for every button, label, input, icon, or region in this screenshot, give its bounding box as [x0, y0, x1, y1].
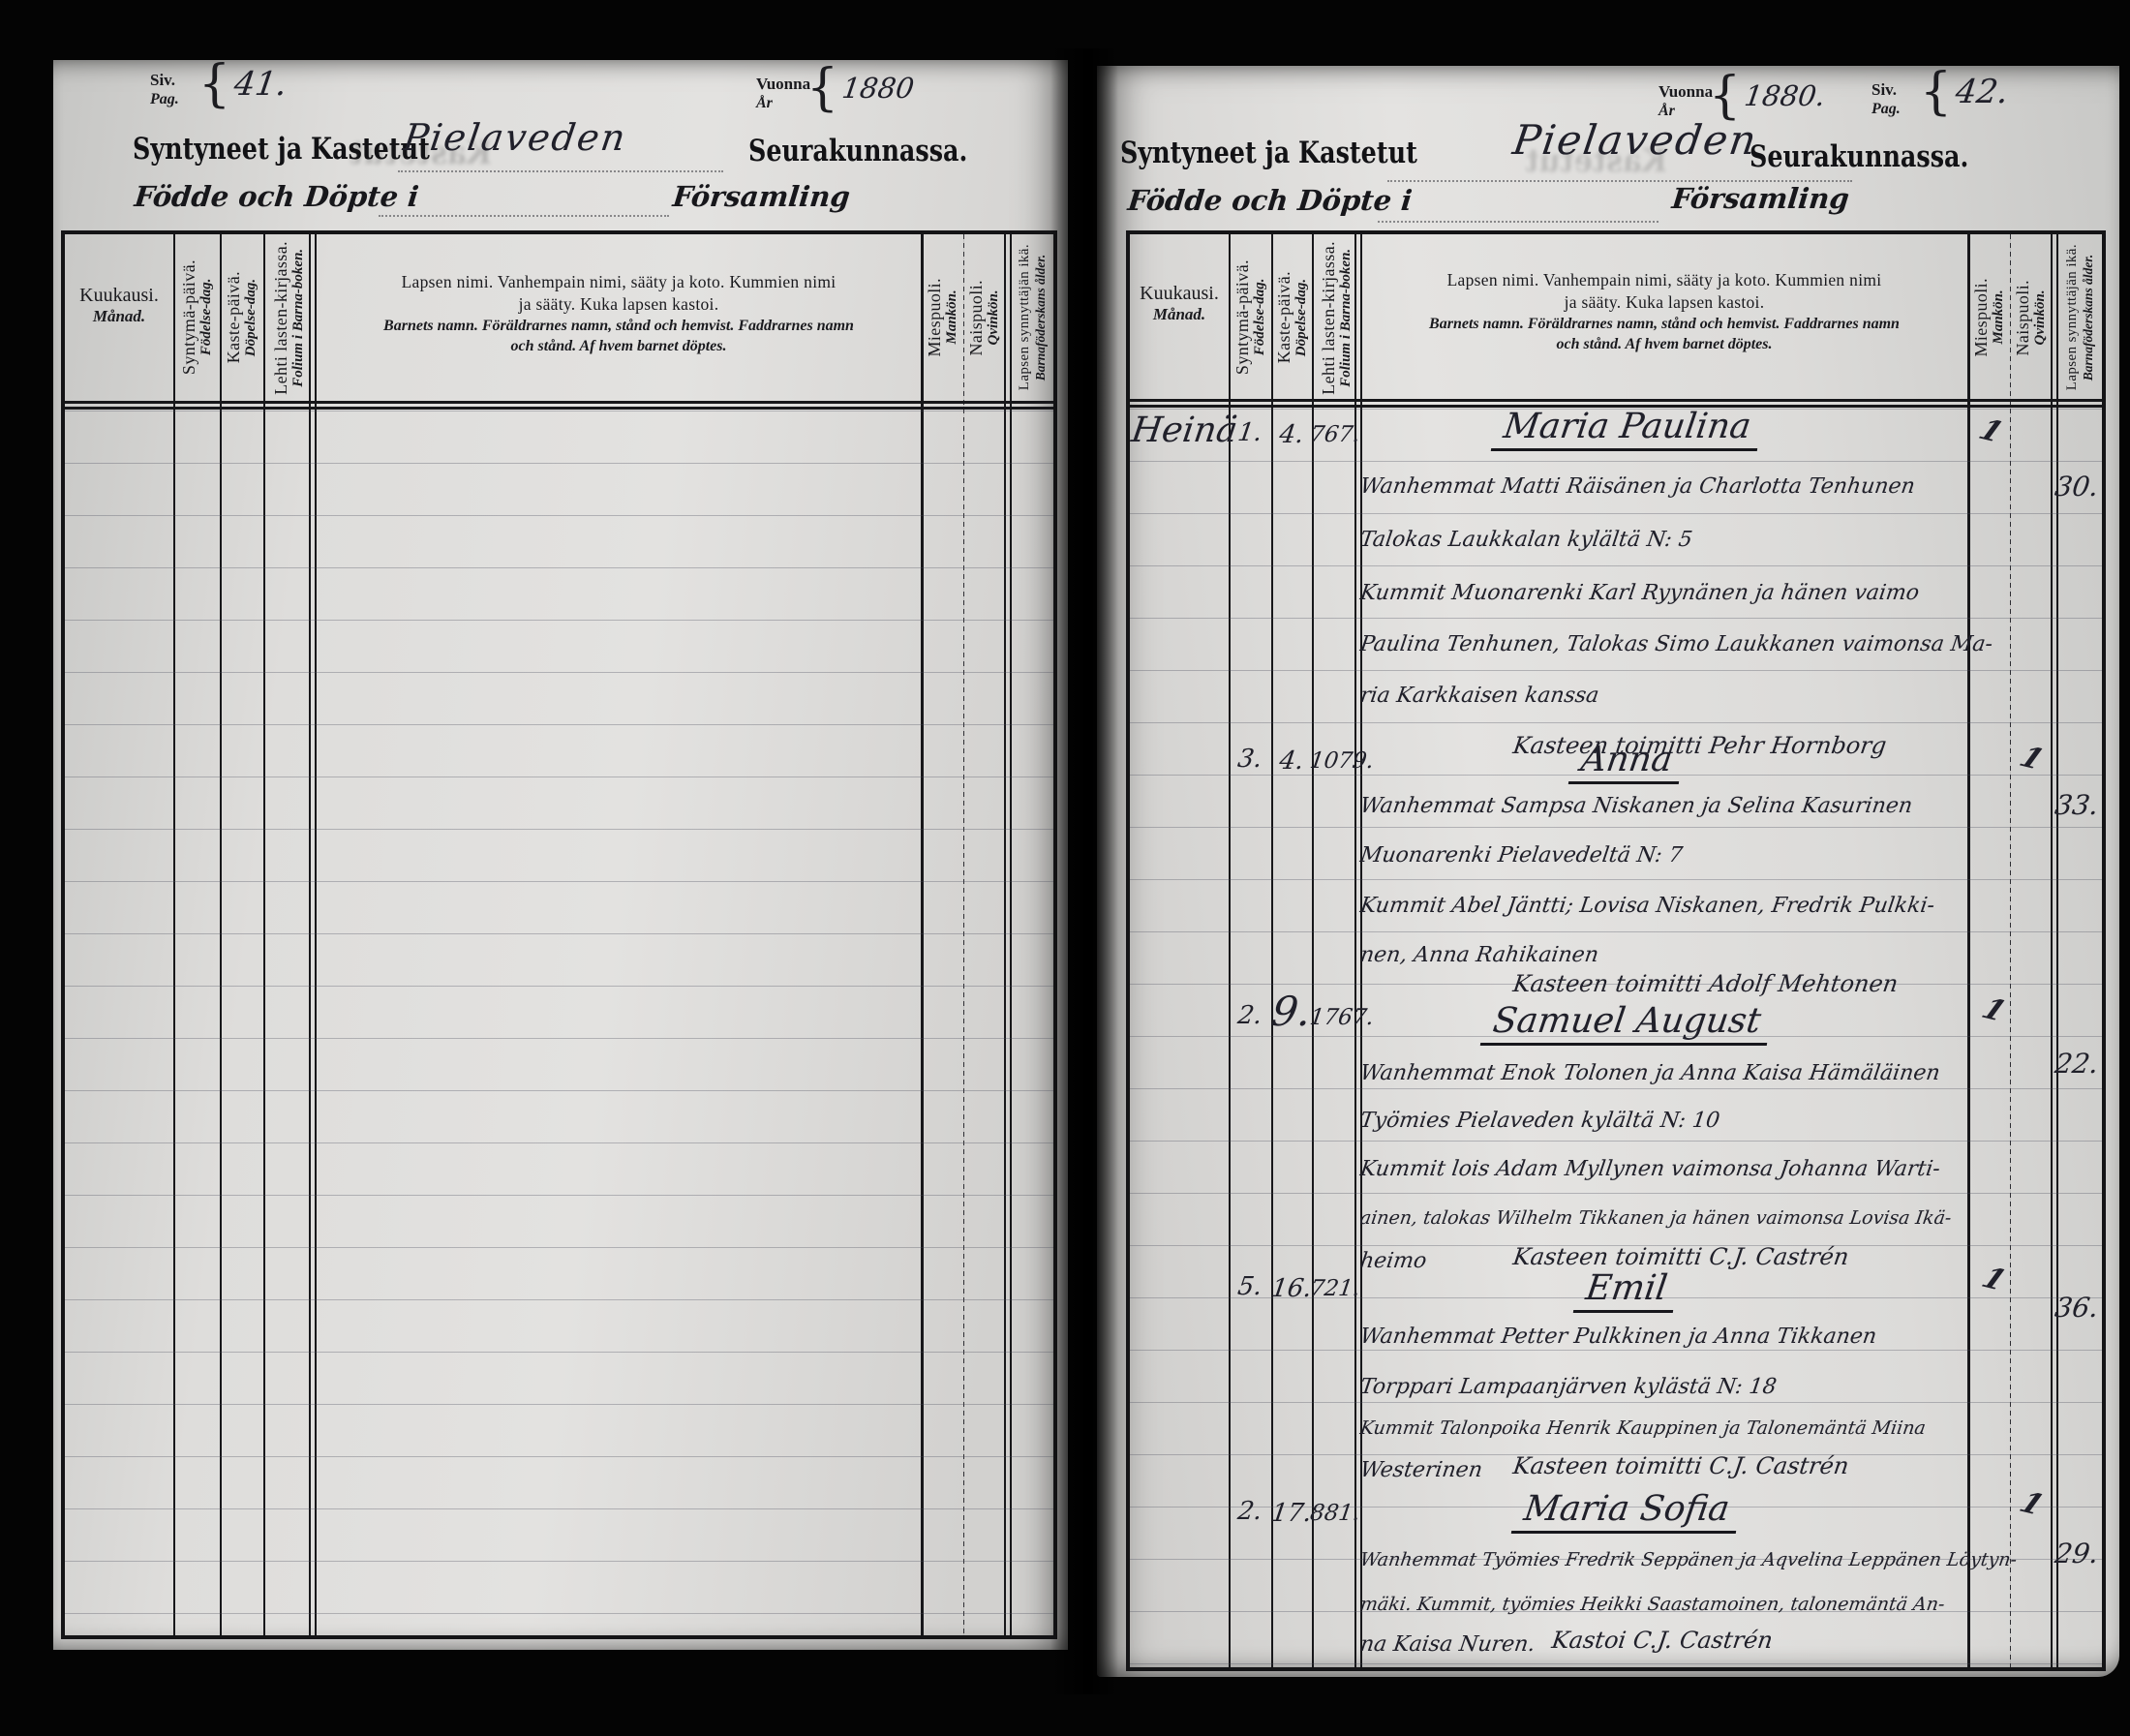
page-number-value: 42. [1953, 73, 2011, 111]
entry-record-line: Muonarenki Pielavedeltä N: 7 [1358, 843, 1684, 868]
pag-label: Pag. [150, 90, 179, 109]
column-header-month-fi: Kuukausi. [65, 285, 173, 307]
entry-child-name: Samuel August [1443, 1001, 1810, 1046]
column-header-folio-sv: Folium i Barna-boken. [1338, 241, 1354, 395]
child-name-text: Maria Sofia [1511, 1489, 1742, 1534]
column-header-month: Kuukausi. Månad. [65, 285, 173, 326]
entry-closing-left: heimo [1358, 1249, 1428, 1273]
entry-record-line: ria Karkkaisen kanssa [1358, 684, 1600, 708]
ruled-dotted-line [1378, 221, 1658, 223]
vuonna-label: Vuonna [756, 74, 810, 94]
column-header-folio-fi: Lehti lasten-kirjassa. [271, 241, 290, 395]
column-header-age-fi: Lapsen synnyttäjän ikä. [2064, 244, 2081, 390]
right-page: Kastetut Vuonna År { 1880. Siv. Pag. { 4… [1097, 66, 2119, 1677]
column-header-female: Naispuoli.Qvinkön. [963, 238, 1004, 397]
column-header-birth-day: Syntymä-päivä.Födelse-dag. [173, 238, 220, 397]
entry-closing-left: na Kaisa Nuren. [1358, 1632, 1537, 1657]
entry-officiant-line: Kastoi C.J. Castrén [1550, 1627, 1775, 1654]
entry-record-line: mäki. Kummit, työmies Heikki Saastamoine… [1358, 1594, 1946, 1615]
column-header-month-sv: Månad. [65, 307, 173, 326]
entry-record-line: Wanhemmat Enok Tolonen ja Anna Kaisa Häm… [1358, 1061, 1941, 1085]
page-title-suffix: Seurakunnassa. [1750, 139, 1968, 174]
entry-baptism-day: 4. [1269, 746, 1314, 776]
column-header-folio-fi: Lehti lasten-kirjassa. [1319, 241, 1338, 395]
entry-baptism-day: 17. [1269, 1499, 1314, 1528]
column-header-month-sv: Månad. [1130, 305, 1229, 324]
brace-glyph: { [1709, 74, 1741, 119]
book-spine-shadow [1050, 48, 1118, 1694]
subtitle-swedish: Födde och Döpte i [133, 180, 420, 213]
main-header-line3: Barnets namn. Föräldrarnes namn, stånd o… [319, 316, 919, 336]
column-header-folio: Lehti lasten-kirjassa.Folium i Barna-bok… [263, 238, 315, 397]
entry-record-line: Kummit Muonarenki Karl Ryynänen ja hänen… [1358, 581, 1921, 605]
page-title-suffix: Seurakunnassa. [748, 134, 967, 168]
entry-record-line: Kummit Talonpoika Henrik Kauppinen ja Ta… [1358, 1417, 1927, 1439]
ruled-rows [65, 411, 1053, 1635]
main-header-line4: och stånd. Af hvem barnet döptes. [319, 336, 919, 356]
main-header-line2: ja sääty. Kuka lapsen kastoi. [319, 293, 919, 316]
column-header-baptism-fi: Kaste-päivä. [1274, 271, 1293, 363]
ar-label: År [756, 94, 810, 113]
column-header-birth-fi: Syntymä-päivä. [179, 259, 198, 375]
column-header-male-fi: Miespuoli. [925, 278, 944, 357]
vuonna-label: Vuonna [1658, 81, 1713, 102]
entry-folio: 767. [1308, 422, 1362, 447]
entry-record-line: Paulina Tenhunen, Talokas Simo Laukkanen… [1358, 632, 1993, 656]
column-header-mother-age: Lapsen synnyttäjän ikä.Barnaföderskans å… [1010, 238, 1053, 397]
entry-child-name: Maria Paulina [1443, 407, 1810, 451]
main-header-line3: Barnets namn. Föräldrarnes namn, stånd o… [1364, 314, 1964, 334]
column-header-baptism-day: Kaste-päivä.Döpelse-dag. [220, 238, 263, 397]
entry-month: Heinä [1129, 411, 1240, 450]
subtitle-swedish-suffix: Församling [1670, 182, 1850, 215]
entry-child-name: Anna [1443, 740, 1810, 784]
page-number: { 41. [198, 62, 287, 107]
child-name-text: Emil [1573, 1268, 1680, 1313]
entry-officiant-line: Kasteen toimitti C.J. Castrén [1511, 1243, 1850, 1270]
column-header-male-sv: Mankön. [944, 278, 960, 357]
entry-record-line: nen, Anna Rahikainen [1358, 943, 1599, 967]
entry-mother-age: 22. [2053, 1048, 2102, 1080]
main-header-line1: Lapsen nimi. Vanhempain nimi, sääty ja k… [319, 271, 919, 293]
page-number-value: 41. [231, 65, 289, 104]
brace-glyph: { [806, 66, 838, 111]
entry-officiant-line: Kasteen toimitti C.J. Castrén [1511, 1452, 1850, 1479]
column-header-main: Lapsen nimi. Vanhempain nimi, sääty ja k… [319, 271, 919, 356]
entry-record-line: Kummit Abel Jäntti; Lovisa Niskanen, Fre… [1358, 894, 1935, 918]
entry-folio: 721. [1308, 1276, 1362, 1301]
column-header-male-sv: Mankön. [1991, 278, 2007, 357]
column-header-female-sv: Qvinkön. [2032, 280, 2049, 356]
entry-mother-age: 29. [2053, 1538, 2102, 1569]
entry-record-line: Työmies Pielaveden kylältä N: 10 [1358, 1109, 1721, 1133]
column-header-female-sv: Qvinkön. [986, 280, 1002, 356]
brace-glyph: { [198, 62, 230, 107]
entry-officiant-line: Kasteen toimitti Adolf Mehtonen [1511, 970, 1900, 997]
column-header-age-fi: Lapsen synnyttäjän ikä. [1017, 244, 1033, 390]
column-header-birth-sv: Födelse-dag. [198, 259, 215, 375]
brace-glyph: { [1920, 70, 1952, 115]
column-header-month-fi: Kuukausi. [1130, 283, 1229, 305]
entry-record-line: Wanhemmat Työmies Fredrik Seppänen ja Aq… [1358, 1549, 2018, 1570]
entry-record-line: Wanhemmat Sampsa Niskanen ja Selina Kasu… [1358, 794, 1914, 818]
entry-child-name: Emil [1443, 1268, 1810, 1313]
header-separator [1130, 399, 2102, 402]
parish-register-scan: Kastetut Siv. Pag. { 41. Vuonna År { 188… [0, 0, 2130, 1736]
entry-closing-left: Westerinen [1358, 1458, 1483, 1482]
entry-birth-day: 2. [1227, 1001, 1273, 1030]
column-header-female: Naispuoli.Qvinkön. [2010, 238, 2051, 397]
entry-record-line: Kummit lois Adam Myllynen vaimonsa Johan… [1358, 1157, 1941, 1181]
year-value-group: { 1880. [1709, 74, 1825, 119]
ruled-dotted-line [379, 215, 669, 217]
entry-baptism-day: 4. [1269, 420, 1314, 449]
entry-folio: 1767. [1308, 1005, 1362, 1030]
main-header-line1: Lapsen nimi. Vanhempain nimi, sääty ja k… [1364, 269, 1964, 291]
entry-mother-age: 30. [2053, 471, 2102, 503]
column-header-birth-sv: Födelse-dag. [1252, 259, 1268, 375]
header-separator [65, 407, 1053, 410]
year-value-group: { 1880 [806, 66, 914, 111]
column-header-birth-fi: Syntymä-päivä. [1232, 259, 1252, 375]
parish-name-handwritten: Pielaveden [1510, 116, 1761, 164]
entry-record-line: Wanhemmat Petter Pulkkinen ja Anna Tikka… [1358, 1325, 1878, 1349]
siv-label: Siv. [150, 70, 179, 90]
column-header-folio-sv: Folium i Barna-boken. [290, 241, 307, 395]
entry-child-name: Maria Sofia [1443, 1489, 1810, 1534]
year-value: 1880. [1743, 79, 1828, 112]
column-header-female-fi: Naispuoli. [2013, 280, 2032, 356]
column-header-male: Miespuoli.Mankön. [921, 238, 963, 397]
entry-record-line: Torppari Lampaanjärven kylästä N: 18 [1358, 1375, 1778, 1399]
column-header-age-sv: Barnaföderskans ålder. [1032, 244, 1047, 390]
left-page: Kastetut Siv. Pag. { 41. Vuonna År { 188… [53, 60, 1068, 1650]
column-header-mother-age: Lapsen synnyttäjän ikä.Barnaföderskans å… [2056, 238, 2102, 397]
entry-mother-age: 33. [2053, 789, 2102, 821]
column-header-main: Lapsen nimi. Vanhempain nimi, sääty ja k… [1364, 269, 1964, 354]
entry-birth-day: 5. [1227, 1272, 1273, 1301]
pag-label: Pag. [1871, 100, 1901, 119]
child-name-text: Samuel August [1480, 1001, 1774, 1046]
column-header-male: Miespuoli.Mankön. [1967, 238, 2010, 397]
column-header-baptism-day: Kaste-päivä.Döpelse-dag. [1271, 238, 1312, 397]
main-header-line2: ja sääty. Kuka lapsen kastoi. [1364, 291, 1964, 314]
entry-record-line: ainen, talokas Wilhelm Tikkanen ja hänen… [1358, 1207, 1953, 1229]
ruled-dotted-line [398, 170, 723, 172]
page-title: Syntyneet ja Kastetut [133, 132, 430, 167]
parish-name-handwritten: Pielaveden [401, 116, 629, 159]
column-header-folio: Lehti lasten-kirjassa.Folium i Barna-bok… [1312, 238, 1360, 397]
column-header-baptism-sv: Döpelse-dag. [1293, 271, 1310, 363]
header-separator [65, 401, 1053, 404]
child-name-text: Maria Paulina [1490, 407, 1762, 451]
subtitle-swedish: Födde och Döpte i [1126, 184, 1414, 217]
entry-birth-day: 1. [1227, 418, 1273, 447]
child-name-text: Anna [1568, 740, 1685, 784]
column-header-baptism-sv: Döpelse-dag. [243, 271, 259, 363]
column-header-baptism-fi: Kaste-päivä. [224, 271, 243, 363]
entry-record-line: Wanhemmat Matti Räisänen ja Charlotta Te… [1358, 474, 1916, 499]
siv-label: Siv. [1871, 79, 1901, 100]
column-header-birth-day: Syntymä-päivä.Födelse-dag. [1229, 238, 1271, 397]
entry-baptism-day: 16. [1269, 1274, 1314, 1303]
ledger-table: Kuukausi. Månad. Syntymä-päivä.Födelse-d… [61, 230, 1057, 1639]
page-number-label: Siv. Pag. [1871, 79, 1901, 119]
main-header-line4: och stånd. Af hvem barnet döptes. [1364, 334, 1964, 354]
entry-record-line: Talokas Laukkalan kylältä N: 5 [1358, 528, 1693, 552]
entry-birth-day: 3. [1227, 745, 1273, 774]
column-header-month: Kuukausi. Månad. [1130, 283, 1229, 324]
entry-folio: 881. [1308, 1501, 1362, 1526]
page-title: Syntyneet ja Kastetut [1120, 136, 1417, 170]
subtitle-swedish-suffix: Församling [671, 180, 851, 213]
column-header-male-fi: Miespuoli. [1971, 278, 1991, 357]
page-number-label: Siv. Pag. [150, 70, 179, 109]
column-header-female-fi: Naispuoli. [966, 280, 986, 356]
entry-folio: 1079. [1308, 748, 1362, 774]
page-number: { 42. [1920, 70, 2008, 115]
column-header-age-sv: Barnaföderskans ålder. [2080, 244, 2094, 390]
year-label: Vuonna År [756, 74, 810, 113]
year-value: 1880 [840, 72, 917, 105]
entry-mother-age: 36. [2053, 1292, 2102, 1324]
entry-birth-day: 2. [1227, 1497, 1273, 1526]
